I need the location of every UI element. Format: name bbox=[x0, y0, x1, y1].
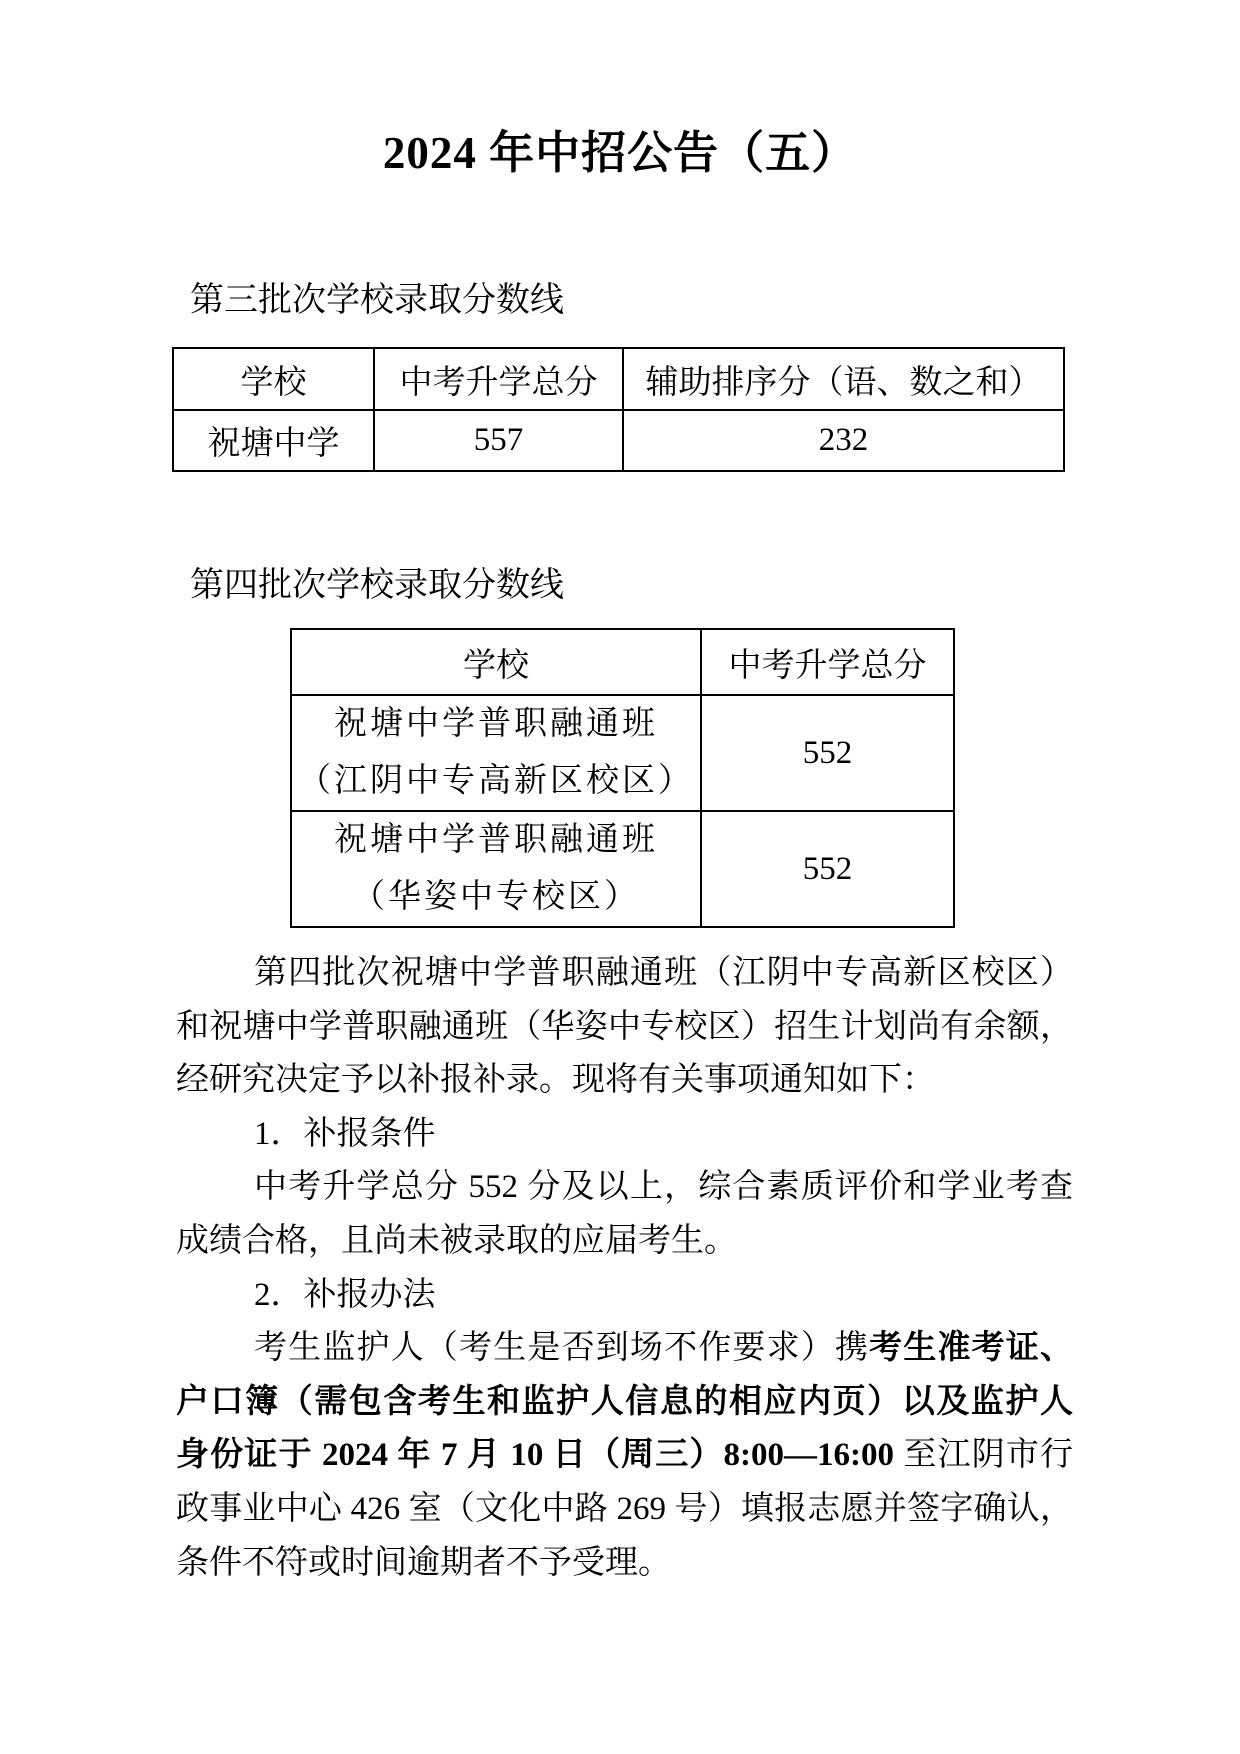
table-header-row: 学校 中考升学总分 bbox=[291, 629, 954, 695]
school-name-line2: （华姿中专校区） bbox=[292, 869, 700, 926]
body-line-5: 中考升学总分 552 分及以上，综合素质评价和学业考查 bbox=[176, 1160, 1073, 1214]
body-line-12: 条件不符或时间逾期者不予受理。 bbox=[176, 1536, 1073, 1590]
body-line-8: 考生监护人（考生是否到场不作要求）携考生准考证、 bbox=[176, 1321, 1073, 1375]
page-title: 2024 年中招公告（五） bbox=[0, 116, 1240, 181]
body-line-10-bold: 身份证于 2024 年 7 月 10 日（周三）8:00—16:00 bbox=[176, 1437, 894, 1473]
body-line-7: 2．补报办法 bbox=[176, 1268, 1073, 1322]
header-total-score: 中考升学总分 bbox=[701, 629, 954, 695]
table-row: 祝塘中学普职融通班 （华姿中专校区） 552 bbox=[291, 811, 954, 927]
cell-school: 祝塘中学普职融通班 （江阴中专高新区校区） bbox=[291, 695, 701, 811]
body-line-3: 经研究决定予以补报补录。现将有关事项通知如下： bbox=[176, 1053, 1073, 1107]
body-line-8-bold: 考生准考证、 bbox=[869, 1330, 1073, 1366]
section-heading-batch3: 第三批次学校录取分数线 bbox=[190, 272, 564, 321]
school-name-line1: 祝塘中学普职融通班 bbox=[292, 696, 700, 753]
school-name-line1: 祝塘中学普职融通班 bbox=[292, 812, 700, 869]
cell-aux-score: 232 bbox=[623, 410, 1064, 471]
cell-school: 祝塘中学普职融通班 （华姿中专校区） bbox=[291, 811, 701, 927]
section-heading-batch4: 第四批次学校录取分数线 bbox=[190, 557, 564, 606]
body-line-8-regular: 考生监护人（考生是否到场不作要求）携 bbox=[254, 1330, 869, 1366]
batch3-score-table: 学校 中考升学总分 辅助排序分（语、数之和） 祝塘中学 557 232 bbox=[172, 347, 1065, 472]
cell-total-score: 552 bbox=[701, 811, 954, 927]
body-line-4: 1．补报条件 bbox=[176, 1107, 1073, 1161]
header-school: 学校 bbox=[173, 348, 374, 410]
body-line-11: 政事业中心 426 室（文化中路 269 号）填报志愿并签字确认， bbox=[176, 1482, 1073, 1536]
cell-school: 祝塘中学 bbox=[173, 410, 374, 471]
body-line-2: 和祝塘中学普职融通班（华姿中专校区）招生计划尚有余额， bbox=[176, 1000, 1073, 1054]
header-school: 学校 bbox=[291, 629, 701, 695]
header-total-score: 中考升学总分 bbox=[374, 348, 623, 410]
table-row: 祝塘中学 557 232 bbox=[173, 410, 1064, 471]
body-line-10: 身份证于 2024 年 7 月 10 日（周三）8:00—16:00 至江阴市行 bbox=[176, 1428, 1073, 1482]
header-aux-score: 辅助排序分（语、数之和） bbox=[623, 348, 1064, 410]
batch4-score-table: 学校 中考升学总分 祝塘中学普职融通班 （江阴中专高新区校区） 552 祝塘中学… bbox=[290, 628, 955, 928]
cell-total-score: 557 bbox=[374, 410, 623, 471]
cell-total-score: 552 bbox=[701, 695, 954, 811]
school-name-line2: （江阴中专高新区校区） bbox=[292, 753, 700, 810]
body-line-6: 成绩合格，且尚未被录取的应届考生。 bbox=[176, 1214, 1073, 1268]
body-line-9: 户口簿（需包含考生和监护人信息的相应内页）以及监护人 bbox=[176, 1375, 1073, 1429]
table-row: 祝塘中学普职融通班 （江阴中专高新区校区） 552 bbox=[291, 695, 954, 811]
announcement-page: 2024 年中招公告（五） 第三批次学校录取分数线 学校 中考升学总分 辅助排序… bbox=[0, 0, 1240, 1754]
body-line-10-regular: 至江阴市行 bbox=[894, 1437, 1073, 1473]
table-header-row: 学校 中考升学总分 辅助排序分（语、数之和） bbox=[173, 348, 1064, 410]
body-line-1: 第四批次祝塘中学普职融通班（江阴中专高新区校区） bbox=[176, 946, 1073, 1000]
